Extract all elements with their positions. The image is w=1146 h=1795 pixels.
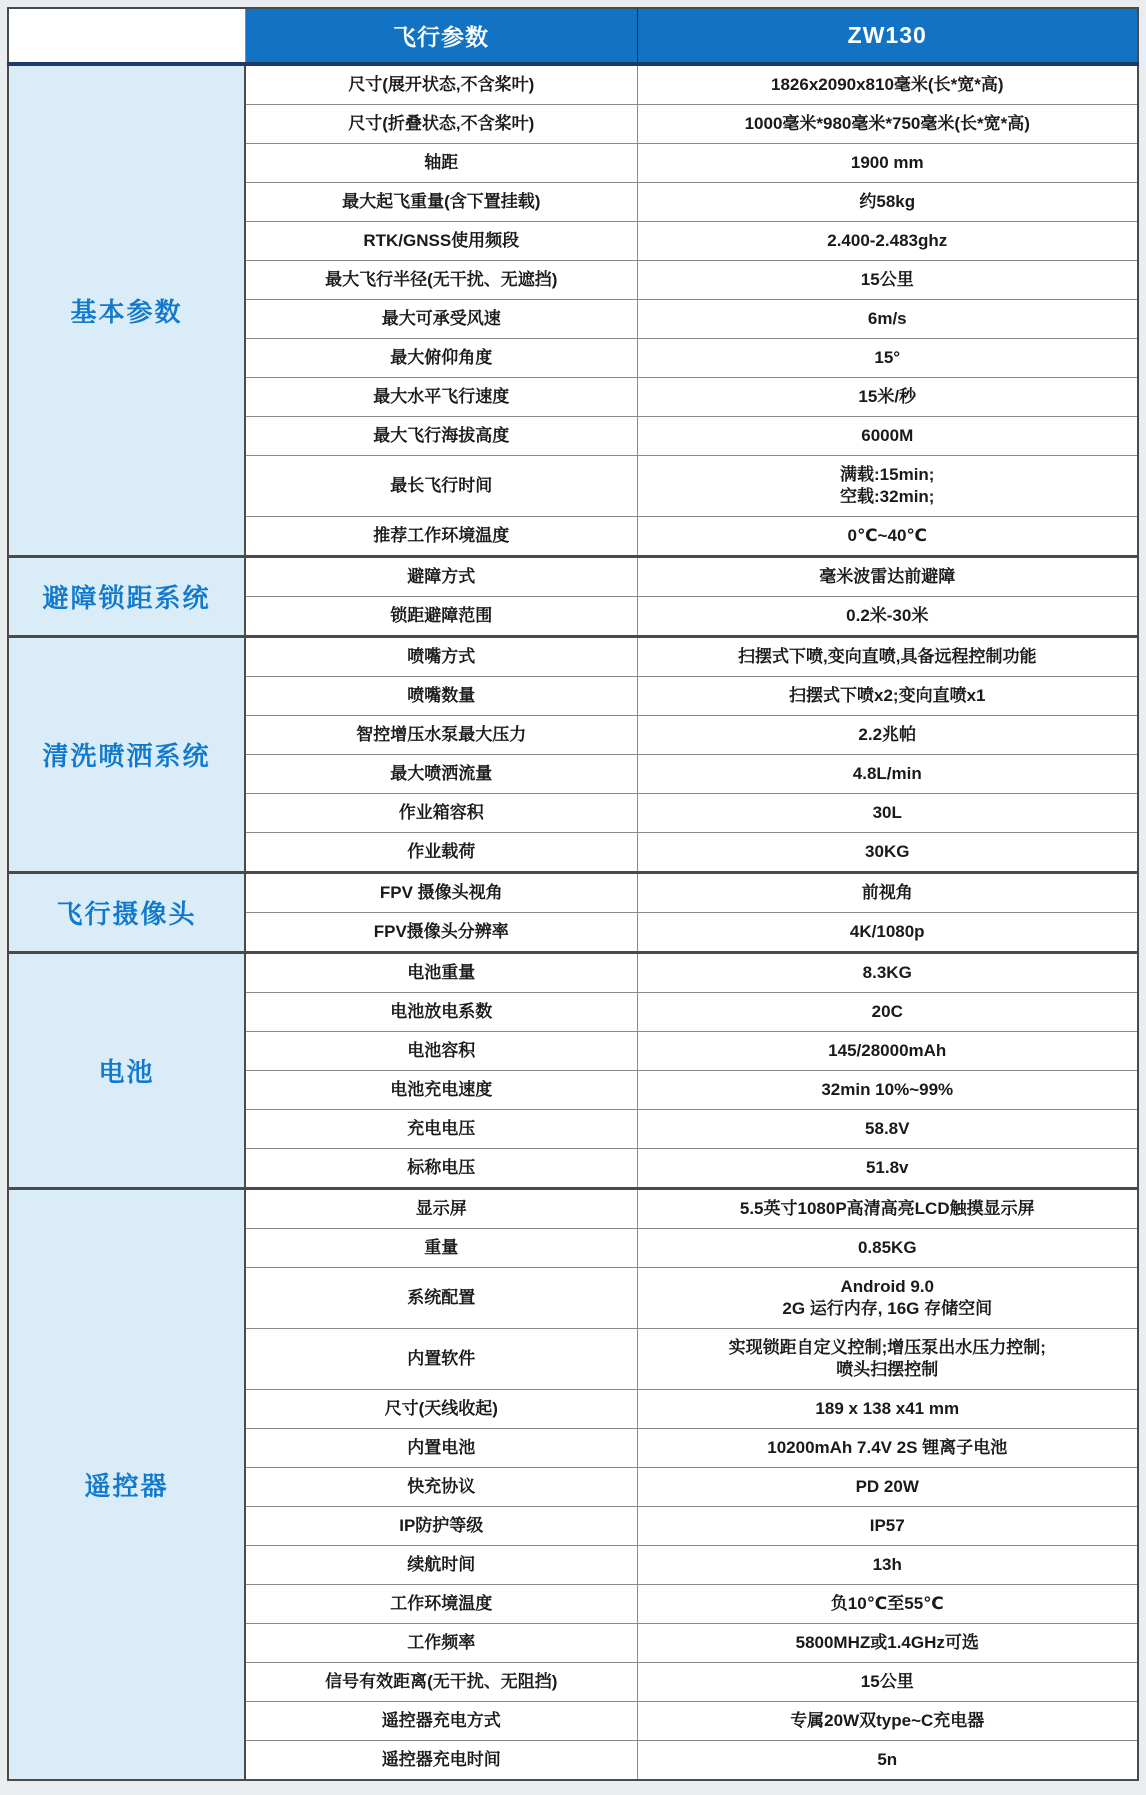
spec-value: 15° xyxy=(637,339,1138,378)
section-label-obstacle-system: 避障锁距系统 xyxy=(8,557,245,637)
spec-value: 10200mAh 7.4V 2S 锂离子电池 xyxy=(637,1429,1138,1468)
spec-value: 满载:15min; 空载:32min; xyxy=(637,456,1138,517)
spec-label: FPV摄像头分辨率 xyxy=(245,913,637,953)
spec-label: 尺寸(折叠状态,不含桨叶) xyxy=(245,105,637,144)
spec-label: 充电电压 xyxy=(245,1110,637,1149)
spec-value: 0℃~40℃ xyxy=(637,517,1138,557)
spec-value: 1900 mm xyxy=(637,144,1138,183)
spec-value: 4.8L/min xyxy=(637,755,1138,794)
spec-value: 58.8V xyxy=(637,1110,1138,1149)
section-label-basic-params: 基本参数 xyxy=(8,64,245,557)
spec-value: 6000M xyxy=(637,417,1138,456)
spec-label: 避障方式 xyxy=(245,557,637,597)
spec-label: 喷嘴方式 xyxy=(245,637,637,677)
spec-label: 信号有效距离(无干扰、无阻挡) xyxy=(245,1663,637,1702)
section-label-remote-controller: 遥控器 xyxy=(8,1189,245,1781)
spec-value: 0.2米-30米 xyxy=(637,597,1138,637)
spec-label: 遥控器充电时间 xyxy=(245,1741,637,1781)
spec-label: 作业载荷 xyxy=(245,833,637,873)
spec-label: 快充协议 xyxy=(245,1468,637,1507)
spec-label: 锁距避障范围 xyxy=(245,597,637,637)
spec-value: 负10℃至55℃ xyxy=(637,1585,1138,1624)
spec-label: FPV 摄像头视角 xyxy=(245,873,637,913)
table-row: 飞行摄像头 FPV 摄像头视角 前视角 xyxy=(8,873,1138,913)
spec-value: 15公里 xyxy=(637,1663,1138,1702)
header-row: 飞行参数 ZW130 xyxy=(8,8,1138,64)
spec-value: 189 x 138 x41 mm xyxy=(637,1390,1138,1429)
spec-label: 最大喷洒流量 xyxy=(245,755,637,794)
spec-value: 32min 10%~99% xyxy=(637,1071,1138,1110)
spec-value: 5n xyxy=(637,1741,1138,1781)
table-row: 电池 电池重量 8.3KG xyxy=(8,953,1138,993)
spec-label: 轴距 xyxy=(245,144,637,183)
spec-value: 30KG xyxy=(637,833,1138,873)
spec-label: 标称电压 xyxy=(245,1149,637,1189)
spec-value: 1000毫米*980毫米*750毫米(长*宽*高) xyxy=(637,105,1138,144)
table-row: 遥控器 显示屏 5.5英寸1080P高清高亮LCD触摸显示屏 xyxy=(8,1189,1138,1229)
spec-value: 145/28000mAh xyxy=(637,1032,1138,1071)
spec-value: 1826x2090x810毫米(长*宽*高) xyxy=(637,64,1138,105)
spec-value: 2.400-2.483ghz xyxy=(637,222,1138,261)
spec-value: PD 20W xyxy=(637,1468,1138,1507)
spec-label: 电池放电系数 xyxy=(245,993,637,1032)
spec-value: 扫摆式下喷,变向直喷,具备远程控制功能 xyxy=(637,637,1138,677)
spec-label: 重量 xyxy=(245,1229,637,1268)
spec-label: IP防护等级 xyxy=(245,1507,637,1546)
spec-label: 电池容积 xyxy=(245,1032,637,1071)
spec-value: 30L xyxy=(637,794,1138,833)
spec-value: 0.85KG xyxy=(637,1229,1138,1268)
spec-value: 8.3KG xyxy=(637,953,1138,993)
spec-table: 飞行参数 ZW130 基本参数 尺寸(展开状态,不含桨叶) 1826x2090x… xyxy=(7,7,1139,1781)
spec-label: 推荐工作环境温度 xyxy=(245,517,637,557)
section-label-battery: 电池 xyxy=(8,953,245,1189)
spec-label: 最大飞行海拔高度 xyxy=(245,417,637,456)
spec-value: 51.8v xyxy=(637,1149,1138,1189)
table-row: 清洗喷洒系统 喷嘴方式 扫摆式下喷,变向直喷,具备远程控制功能 xyxy=(8,637,1138,677)
spec-value: 专属20W双type~C充电器 xyxy=(637,1702,1138,1741)
spec-value: 5.5英寸1080P高清高亮LCD触摸显示屏 xyxy=(637,1189,1138,1229)
spec-label: 工作环境温度 xyxy=(245,1585,637,1624)
spec-value: Android 9.0 2G 运行内存, 16G 存储空间 xyxy=(637,1268,1138,1329)
spec-value: 5800MHZ或1.4GHz可选 xyxy=(637,1624,1138,1663)
spec-label: 遥控器充电方式 xyxy=(245,1702,637,1741)
spec-label: 内置软件 xyxy=(245,1329,637,1390)
spec-label: 尺寸(展开状态,不含桨叶) xyxy=(245,64,637,105)
spec-label: 智控增压水泵最大压力 xyxy=(245,716,637,755)
header-corner-cell xyxy=(8,8,245,64)
spec-value: 毫米波雷达前避障 xyxy=(637,557,1138,597)
spec-value: 实现锁距自定义控制;增压泵出水压力控制; 喷头扫摆控制 xyxy=(637,1329,1138,1390)
spec-label: 尺寸(天线收起) xyxy=(245,1390,637,1429)
spec-label: 内置电池 xyxy=(245,1429,637,1468)
spec-value: 前视角 xyxy=(637,873,1138,913)
spec-value: 15米/秒 xyxy=(637,378,1138,417)
spec-label: 最大飞行半径(无干扰、无遮挡) xyxy=(245,261,637,300)
spec-label: RTK/GNSS使用频段 xyxy=(245,222,637,261)
spec-value: 约58kg xyxy=(637,183,1138,222)
spec-label: 最大俯仰角度 xyxy=(245,339,637,378)
spec-value: 扫摆式下喷x2;变向直喷x1 xyxy=(637,677,1138,716)
section-label-fpv-camera: 飞行摄像头 xyxy=(8,873,245,953)
spec-label: 电池重量 xyxy=(245,953,637,993)
spec-label: 系统配置 xyxy=(245,1268,637,1329)
spec-label: 最长飞行时间 xyxy=(245,456,637,517)
spec-value: 4K/1080p xyxy=(637,913,1138,953)
spec-sheet: 飞行参数 ZW130 基本参数 尺寸(展开状态,不含桨叶) 1826x2090x… xyxy=(7,7,1139,1781)
spec-value: IP57 xyxy=(637,1507,1138,1546)
section-label-spray-system: 清洗喷洒系统 xyxy=(8,637,245,873)
spec-label: 作业箱容积 xyxy=(245,794,637,833)
spec-value: 20C xyxy=(637,993,1138,1032)
spec-label: 喷嘴数量 xyxy=(245,677,637,716)
spec-label: 最大起飞重量(含下置挂载) xyxy=(245,183,637,222)
header-model-name: ZW130 xyxy=(637,8,1138,64)
spec-label: 最大水平飞行速度 xyxy=(245,378,637,417)
spec-label: 显示屏 xyxy=(245,1189,637,1229)
spec-value: 6m/s xyxy=(637,300,1138,339)
spec-value: 2.2兆帕 xyxy=(637,716,1138,755)
table-row: 基本参数 尺寸(展开状态,不含桨叶) 1826x2090x810毫米(长*宽*高… xyxy=(8,64,1138,105)
header-flight-params: 飞行参数 xyxy=(245,8,637,64)
spec-label: 工作频率 xyxy=(245,1624,637,1663)
spec-label: 最大可承受风速 xyxy=(245,300,637,339)
spec-label: 续航时间 xyxy=(245,1546,637,1585)
spec-value: 15公里 xyxy=(637,261,1138,300)
spec-label: 电池充电速度 xyxy=(245,1071,637,1110)
table-row: 避障锁距系统 避障方式 毫米波雷达前避障 xyxy=(8,557,1138,597)
spec-value: 13h xyxy=(637,1546,1138,1585)
